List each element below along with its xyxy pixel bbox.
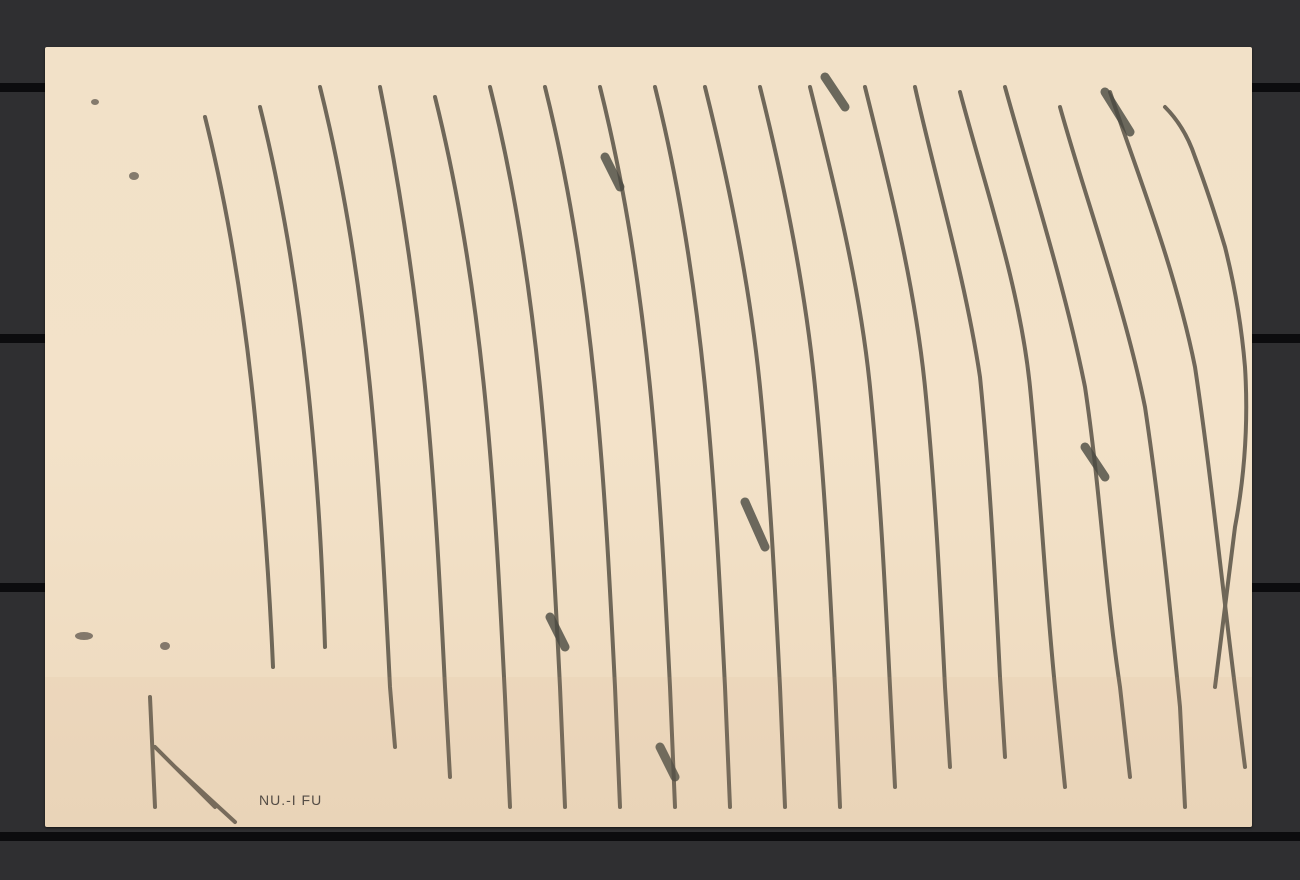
ink-speck bbox=[75, 632, 93, 640]
ink-speck bbox=[160, 642, 170, 650]
ink-speck bbox=[91, 99, 99, 105]
pencil-note: NU.-I FU bbox=[259, 792, 322, 808]
postcard: NU.-I FU bbox=[45, 47, 1252, 827]
background-stripe bbox=[0, 832, 1300, 841]
ink-speck bbox=[129, 172, 139, 180]
handwriting bbox=[45, 47, 1252, 827]
